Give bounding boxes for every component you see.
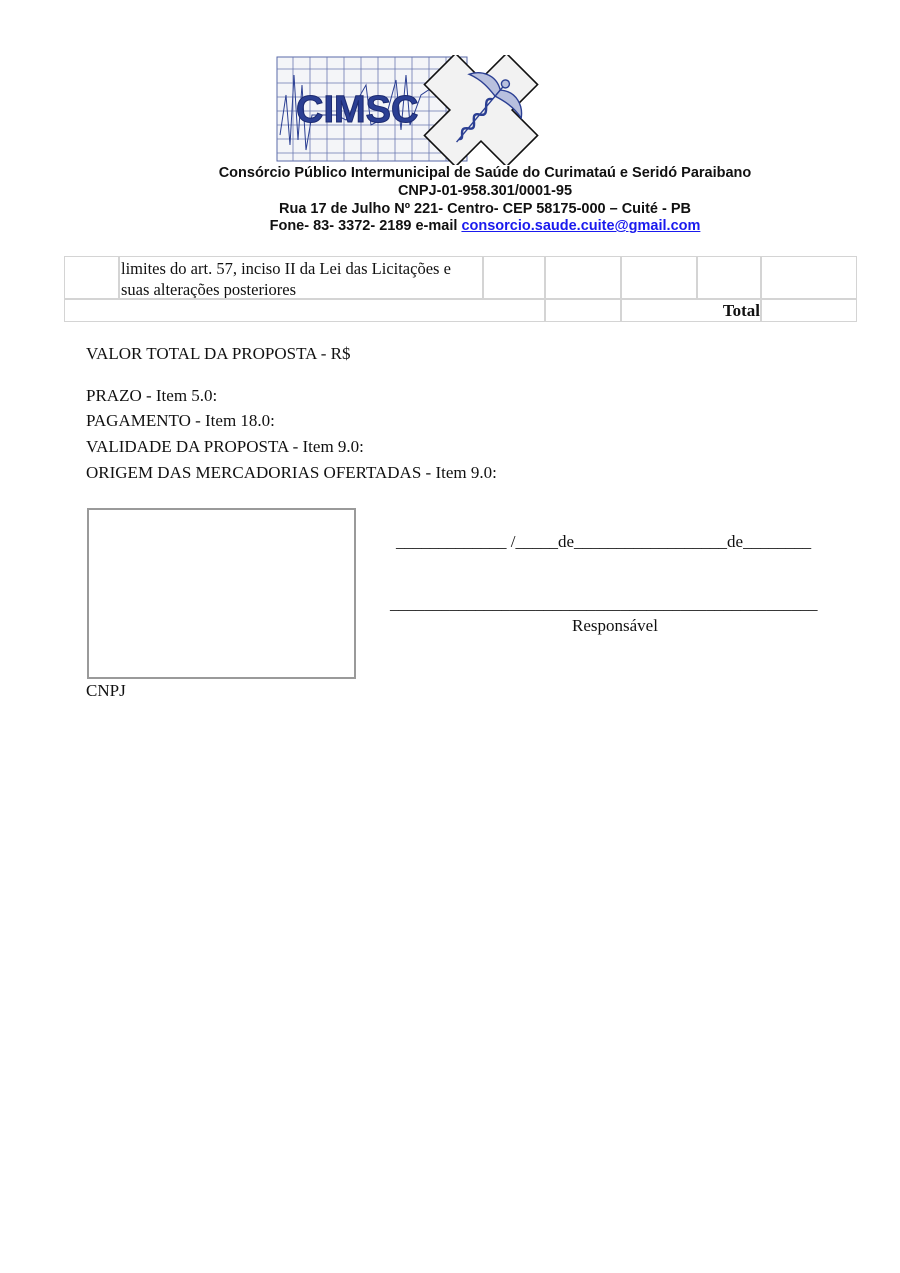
organization-contact: Fone- 83- 3372- 2189 e-mail consorcio.sa… xyxy=(0,217,900,235)
organization-cnpj: CNPJ-01-958.301/0001-95 xyxy=(0,182,900,200)
validade-label: VALIDADE DA PROPOSTA - Item 9.0: xyxy=(86,437,364,457)
table-cell-brand xyxy=(620,256,698,300)
origem-label: ORIGEM DAS MERCADORIAS OFERTADAS - Item … xyxy=(86,463,497,483)
table-total-value xyxy=(760,298,857,322)
email-link[interactable]: consorcio.saude.cuite@gmail.com xyxy=(461,218,700,234)
cnpj-label: CNPJ xyxy=(86,681,126,701)
table-total-empty xyxy=(544,298,622,322)
prazo-label: PRAZO - Item 5.0: xyxy=(86,386,217,406)
signature-line: ________________________________________… xyxy=(390,594,818,614)
phone-text: Fone- 83- 3372- 2189 e-mail xyxy=(270,218,462,234)
date-line: _____________ /_____de__________________… xyxy=(396,532,811,552)
pagamento-label: PAGAMENTO - Item 18.0: xyxy=(86,411,275,431)
logo-graphic-icon: CIMSC xyxy=(276,55,544,165)
svg-text:CIMSC: CIMSC xyxy=(296,89,418,131)
valor-total-label: VALOR TOTAL DA PROPOSTA - R$ xyxy=(86,344,350,364)
table-cell-unit-price xyxy=(696,256,762,300)
table-cell-unit xyxy=(482,256,546,300)
table-cell-description: limites do art. 57, inciso II da Lei das… xyxy=(118,256,484,300)
table-cell-item xyxy=(64,256,120,300)
table-total-spacer xyxy=(64,298,546,322)
table-cell-quantity xyxy=(544,256,622,300)
responsavel-label: Responsável xyxy=(572,616,658,636)
organization-name: Consórcio Público Intermunicipal de Saúd… xyxy=(0,164,900,182)
cnpj-stamp-box xyxy=(87,508,356,679)
description-line-1: limites do art. 57, inciso II da Lei das… xyxy=(121,258,481,279)
description-line-2: suas alterações posteriores xyxy=(121,279,481,300)
table-total-label: Total xyxy=(620,298,762,322)
organization-address: Rua 17 de Julho Nº 221- Centro- CEP 5817… xyxy=(0,200,900,218)
cimsc-logo: CIMSC xyxy=(276,55,544,165)
table-cell-total-price xyxy=(760,256,857,300)
